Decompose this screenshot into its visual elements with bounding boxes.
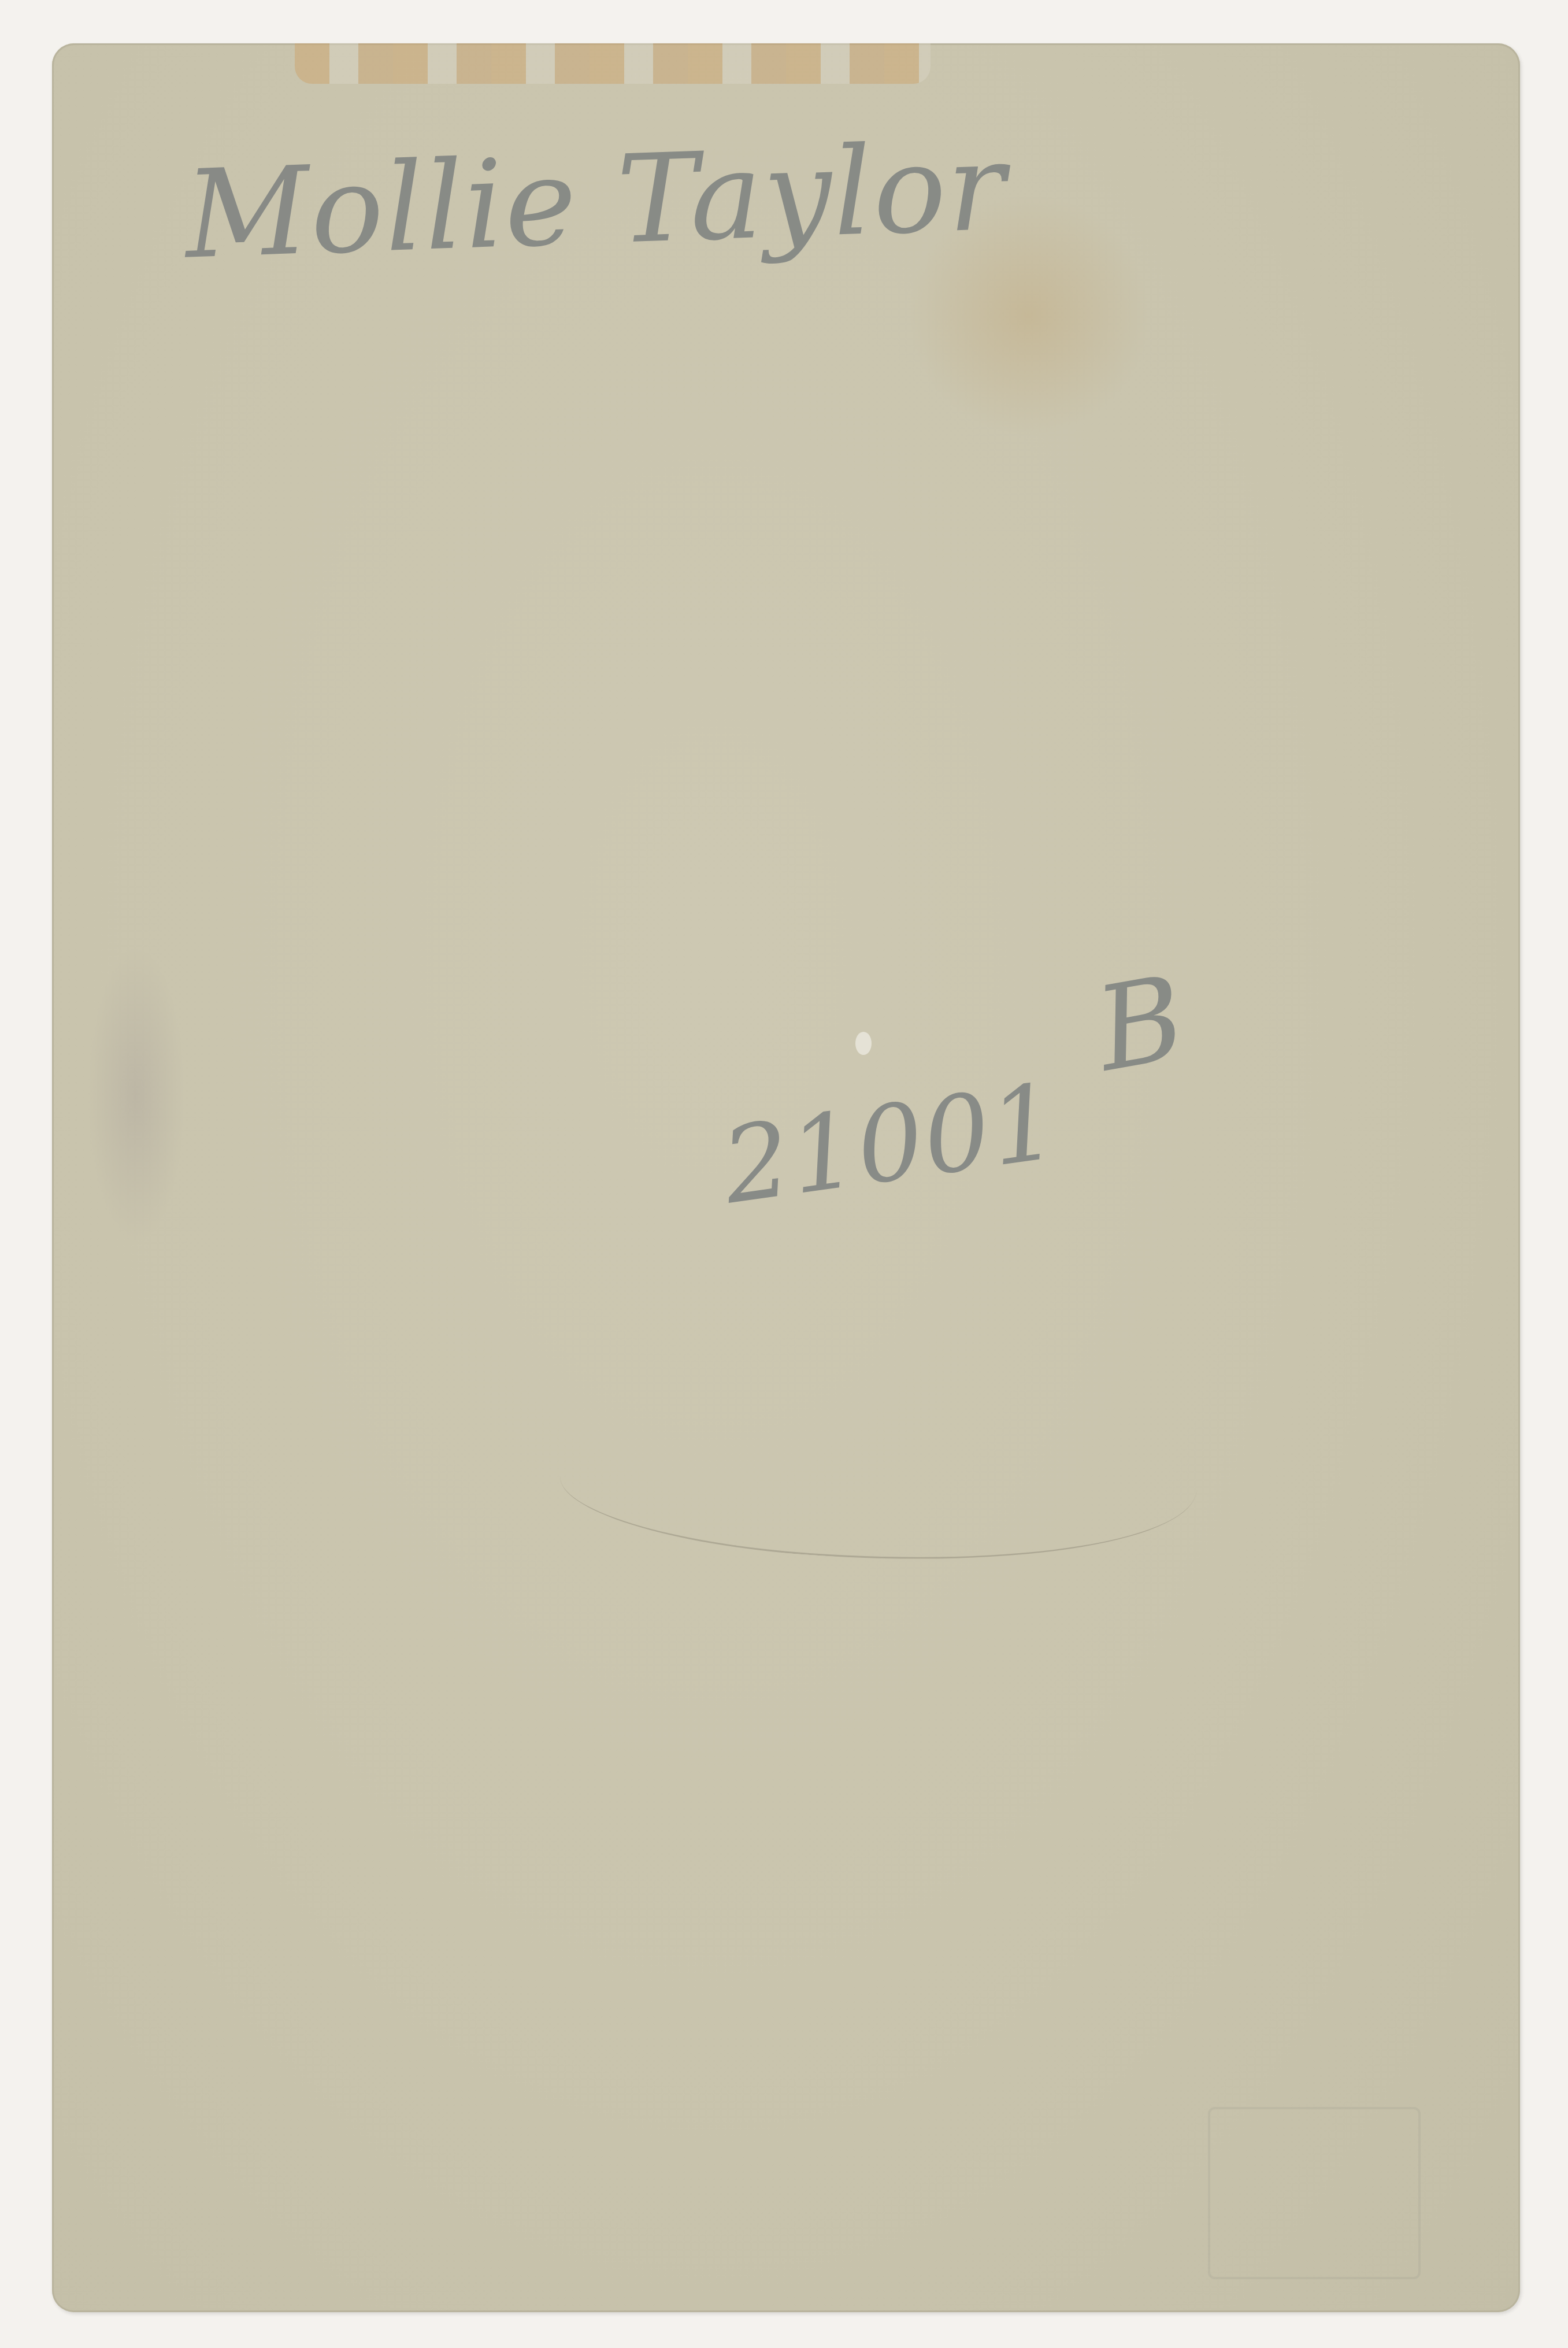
pencil-name-inscription: Mollie Taylor xyxy=(183,116,1009,286)
top-edge-stain xyxy=(295,43,931,84)
surface-dent xyxy=(855,1032,872,1055)
surface-scratch xyxy=(556,1386,1201,1582)
pencil-letter-inscription: B xyxy=(1087,950,1195,1098)
left-edge-stain xyxy=(87,945,185,1246)
photo-card-back: Mollie Taylor 21001 B xyxy=(52,43,1520,2312)
pencil-number-inscription: 21001 xyxy=(716,1061,1066,1227)
faint-stamp-impression xyxy=(1208,2107,1421,2279)
